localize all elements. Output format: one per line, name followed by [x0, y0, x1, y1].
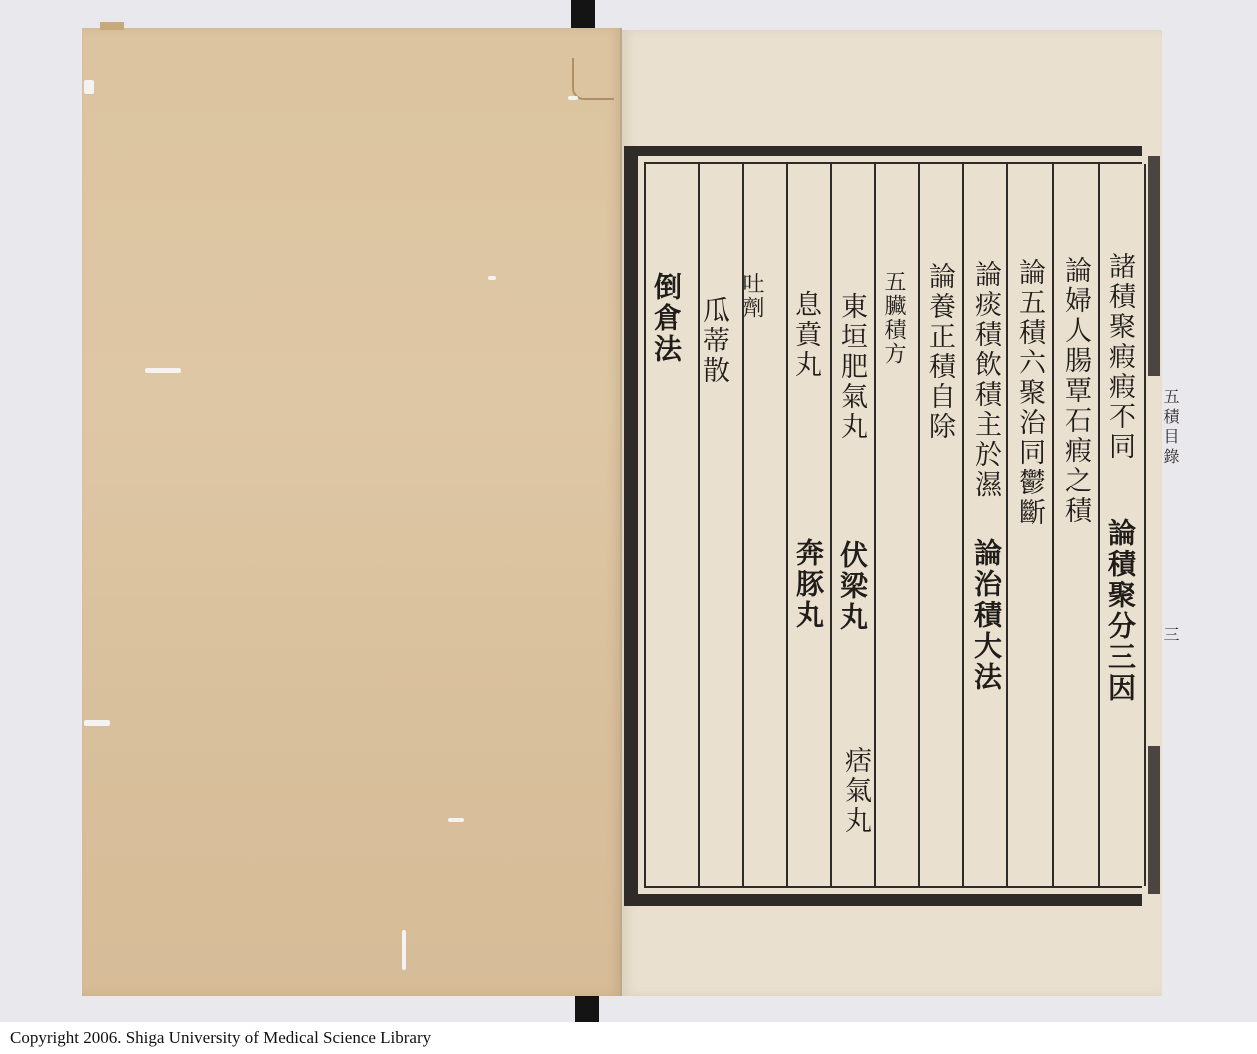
- fold-page-number: 三: [1162, 626, 1178, 646]
- toc-entry: 論五積六聚治同鬱斷: [1016, 258, 1043, 528]
- wormhole: [84, 80, 94, 94]
- toc-entry: 奔豚丸: [794, 538, 822, 631]
- toc-entry: 東垣肥氣丸: [838, 292, 865, 442]
- column-rule: [874, 164, 876, 886]
- fishtail-mark-bottom: [1148, 746, 1160, 894]
- binding-ribbon-bottom: [575, 996, 599, 1024]
- wormhole: [568, 96, 578, 100]
- column-rule: [1144, 164, 1146, 886]
- toc-entry: 論養正積自除: [926, 262, 953, 442]
- column-rule: [1098, 164, 1100, 886]
- column-rule: [1006, 164, 1008, 886]
- wormhole: [448, 818, 464, 822]
- toc-entry: 倒倉法: [652, 272, 680, 365]
- left-page-blank: [82, 28, 622, 996]
- copyright-caption: Copyright 2006. Shiga University of Medi…: [10, 1028, 431, 1048]
- column-rule: [830, 164, 832, 886]
- paper-tear: [572, 58, 614, 100]
- scanned-book-spread: 五積目錄 三 諸積聚瘕瘕不同 論積聚分三因 論婦人腸覃石瘕之積 論五積六聚治同鬱…: [0, 0, 1257, 1054]
- toc-entry: 伏梁丸: [838, 540, 866, 633]
- toc-entry: 瓜蒂散: [700, 296, 727, 386]
- column-rule: [786, 164, 788, 886]
- fold-title: 五積目錄: [1162, 388, 1178, 468]
- toc-entry-section: 吐劑: [740, 272, 762, 320]
- wormhole: [402, 930, 406, 970]
- toc-entry-heading: 論積聚分三因: [1106, 518, 1134, 704]
- column-rule: [918, 164, 920, 886]
- toc-entry: 論婦人腸覃石瘕之積: [1062, 256, 1089, 526]
- toc-entry: 息賁丸: [792, 290, 819, 380]
- wormhole: [84, 720, 110, 726]
- toc-entry: 論痰積飲積主於濕: [972, 260, 999, 500]
- wormhole: [145, 368, 181, 373]
- toc-entry: 痞氣丸: [842, 746, 869, 836]
- toc-entry: 五臟積方: [882, 270, 904, 366]
- paper-tab: [100, 22, 124, 30]
- toc-entry: 諸積聚瘕瘕不同: [1106, 252, 1133, 462]
- column-rule: [962, 164, 964, 886]
- wormhole: [488, 276, 496, 280]
- toc-entry-heading: 論治積大法: [972, 538, 1000, 693]
- column-rule: [1052, 164, 1054, 886]
- fishtail-mark-top: [1148, 156, 1160, 376]
- column-rule: [698, 164, 700, 886]
